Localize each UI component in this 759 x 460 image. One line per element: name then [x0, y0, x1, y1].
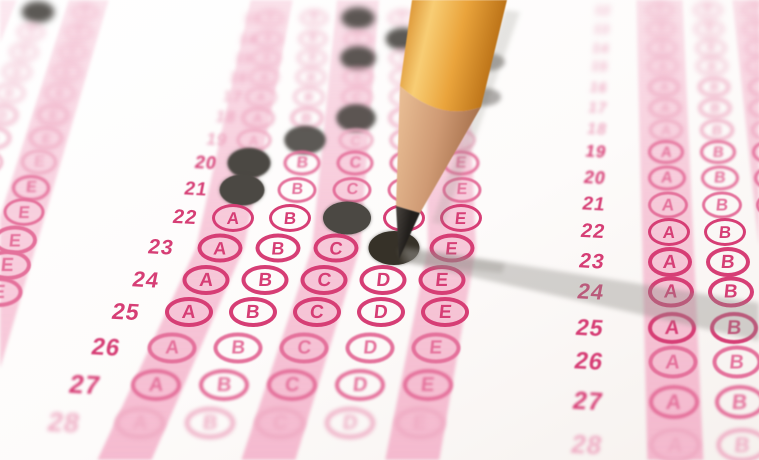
pencil-graphite-tip [396, 206, 420, 259]
pencil-body [400, 0, 507, 111]
pencil [0, 0, 759, 460]
scantron-sheet: 13ABDE14ABCE15ABDE16ABCDE17ABCDE18ABDE19… [0, 0, 759, 460]
